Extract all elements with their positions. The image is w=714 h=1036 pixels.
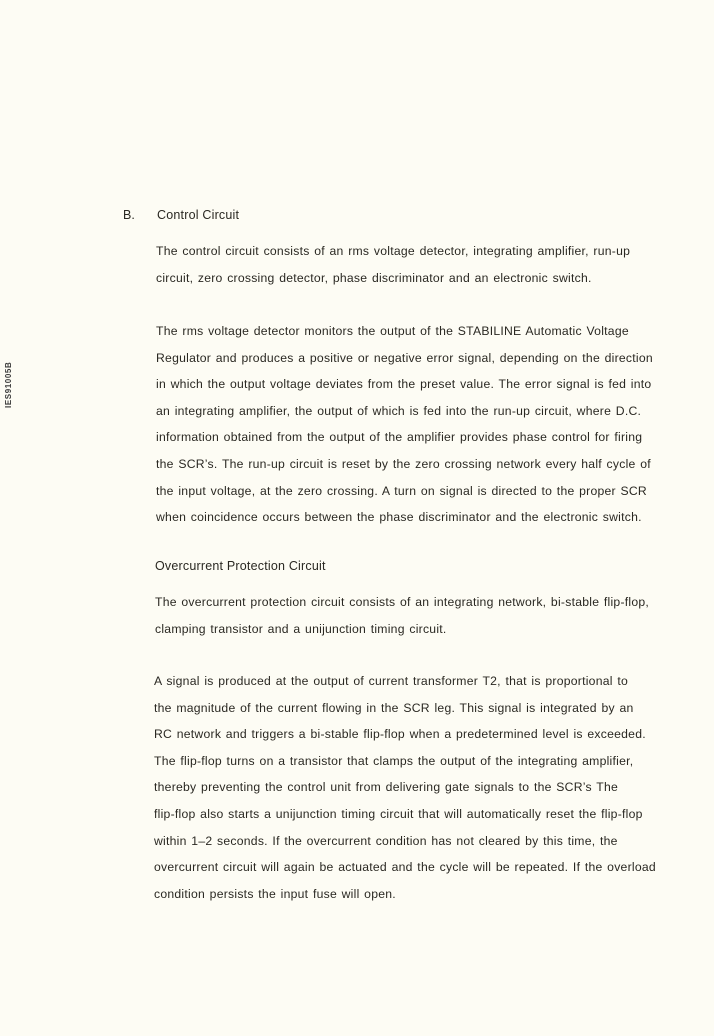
text-line: The overcurrent protection circuit consi… <box>155 589 675 616</box>
text-line: information obtained from the output of … <box>156 424 676 451</box>
control-circuit-overview: The control circuit consists of an rms v… <box>156 238 676 291</box>
subsection-heading: Overcurrent Protection Circuit <box>155 559 326 573</box>
text-line: overcurrent circuit will again be actuat… <box>154 854 674 881</box>
text-line: in which the output voltage deviates fro… <box>156 371 676 398</box>
text-line: A signal is produced at the output of cu… <box>154 668 674 695</box>
overcurrent-detail-paragraph: A signal is produced at the output of cu… <box>154 668 674 907</box>
section-letter: B. <box>123 208 135 222</box>
text-line: when coincidence occurs between the phas… <box>156 504 676 531</box>
text-line: condition persists the input fuse will o… <box>154 881 674 908</box>
text-line: The flip-flop turns on a transistor that… <box>154 748 674 775</box>
text-line: the SCR’s. The run-up circuit is reset b… <box>156 451 676 478</box>
overcurrent-overview: The overcurrent protection circuit consi… <box>155 589 675 642</box>
rms-detector-paragraph: The rms voltage detector monitors the ou… <box>156 318 676 531</box>
text-line: within 1–2 seconds. If the overcurrent c… <box>154 828 674 855</box>
text-line: RC network and triggers a bi-stable flip… <box>154 721 674 748</box>
text-line: an integrating amplifier, the output of … <box>156 398 676 425</box>
text-line: the input voltage, at the zero crossing.… <box>156 478 676 505</box>
text-line: flip-flop also starts a unijunction timi… <box>154 801 674 828</box>
text-line: clamping transistor and a unijunction ti… <box>155 616 675 643</box>
text-line: The rms voltage detector monitors the ou… <box>156 318 676 345</box>
text-line: the magnitude of the current flowing in … <box>154 695 674 722</box>
text-line: circuit, zero crossing detector, phase d… <box>156 265 676 292</box>
text-line: The control circuit consists of an rms v… <box>156 238 676 265</box>
document-code: IES91005B <box>4 345 18 425</box>
section-heading: Control Circuit <box>157 208 239 222</box>
text-line: thereby preventing the control unit from… <box>154 774 674 801</box>
text-line: Regulator and produces a positive or neg… <box>156 345 676 372</box>
